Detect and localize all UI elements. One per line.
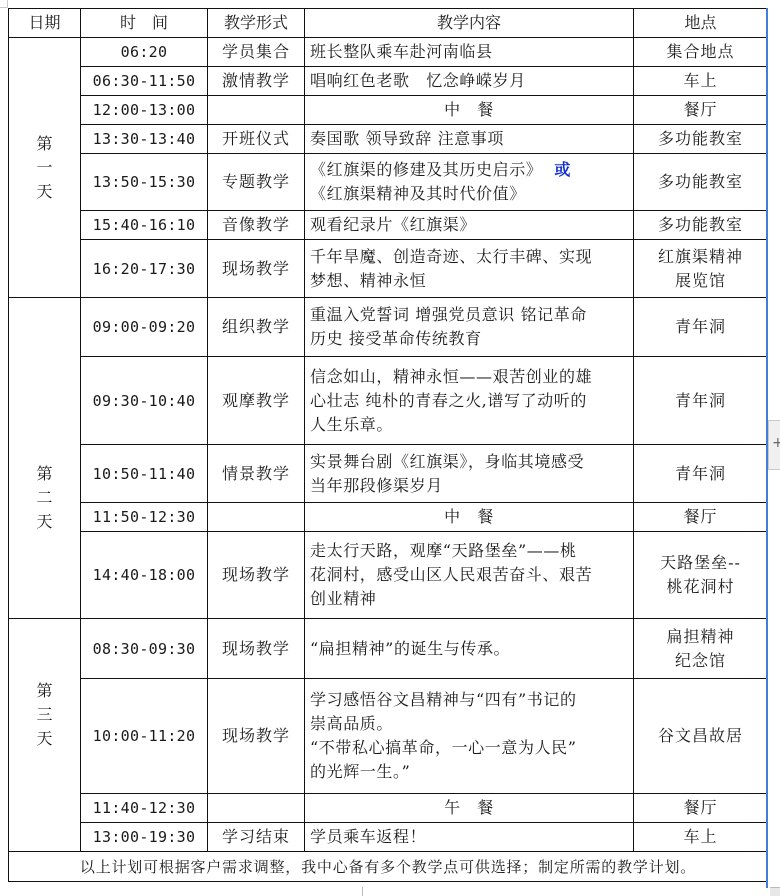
time-cell: 13:30-13:40 [81,125,208,154]
place-line: 红旗渠精神 [639,245,762,269]
time-cell: 11:50-12:30 [81,503,208,532]
content-line: 花洞村，感受山区人民艰苦奋斗、艰苦 [310,563,628,587]
place-cell: 扁担精神 纪念馆 [634,619,768,679]
time-cell: 09:30-10:40 [81,357,208,445]
day-label-char: 第 [14,679,75,703]
time-cell: 13:50-15:30 [81,154,208,211]
time-cell: 10:00-11:20 [81,679,208,794]
place-cell: 红旗渠精神 展览馆 [634,240,768,298]
form-cell: 现场教学 [208,532,305,619]
header-content: 教学内容 [305,9,634,38]
content-cell: “扁担精神”的诞生与传承。 [305,619,634,679]
place-cell: 车上 [634,67,768,96]
day-label-char: 一 [14,156,75,180]
place-cell: 车上 [634,823,768,852]
place-cell: 餐厅 [634,794,768,823]
form-cell [208,96,305,125]
time-cell: 06:20 [81,38,208,67]
header-row: 日期 时 间 教学形式 教学内容 地点 [9,9,768,38]
form-cell: 音像教学 [208,211,305,240]
header-form: 教学形式 [208,9,305,38]
form-cell: 激情教学 [208,67,305,96]
content-cell: 走太行天路，观摩“天路堡垒”——桃 花洞村，感受山区人民艰苦奋斗、艰苦 创业精神 [305,532,634,619]
place-line: 展览馆 [639,269,762,293]
table-row: 11:50-12:30 中 餐 餐厅 [9,503,768,532]
place-cell: 谷文昌故居 [634,679,768,794]
table-row: 10:00-11:20 现场教学 学习感悟谷文昌精神与“四有”书记的 崇高品质。… [9,679,768,794]
form-cell: 组织教学 [208,298,305,357]
content-cell: 学习感悟谷文昌精神与“四有”书记的 崇高品质。 “不带私心搞革命，一心一意为人民… [305,679,634,794]
content-line: 梦想、精神永恒 [310,269,628,293]
table-row: 09:30-10:40 观摩教学 信念如山，精神永恒——艰苦创业的雄 心壮志 纯… [9,357,768,445]
place-cell: 餐厅 [634,503,768,532]
plus-icon: + [772,435,780,451]
place-cell: 多功能教室 [634,154,768,211]
time-cell: 10:50-11:40 [81,445,208,503]
place-cell: 餐厅 [634,96,768,125]
place-cell: 青年洞 [634,298,768,357]
day-label-1: 第 一 天 [9,38,81,298]
content-cell-meal: 午 餐 [305,794,634,823]
content-cell: 千年旱魔、创造奇迹、太行丰碑、实现 梦想、精神永恒 [305,240,634,298]
time-cell: 14:40-18:00 [81,532,208,619]
table-row: 第 三 天 08:30-09:30 现场教学 “扁担精神”的诞生与传承。 扁担精… [9,619,768,679]
day-label-2: 第 二 天 [9,298,81,619]
content-line: 心壮志 纯朴的青春之火,谱写了动听的 [310,389,628,413]
schedule-table: 日期 时 间 教学形式 教学内容 地点 第 一 天 06:20 学员集合 班长整… [8,8,768,882]
form-cell: 现场教学 [208,619,305,679]
table-row: 16:20-17:30 现场教学 千年旱魔、创造奇迹、太行丰碑、实现 梦想、精神… [9,240,768,298]
header-place: 地点 [634,9,768,38]
content-cell: 信念如山，精神永恒——艰苦创业的雄 心壮志 纯朴的青春之火,谱写了动听的 人生乐… [305,357,634,445]
table-row: 10:50-11:40 情景教学 实景舞台剧《红旗渠》，身临其境感受 当年那段修… [9,445,768,503]
place-cell: 青年洞 [634,445,768,503]
time-cell: 15:40-16:10 [81,211,208,240]
time-cell: 16:20-17:30 [81,240,208,298]
content-line: 走太行天路，观摩“天路堡垒”——桃 [310,539,628,563]
day-label-char: 天 [14,727,75,751]
footer-row: 以上计划可根据客户需求调整，我中心备有多个教学点可供选择；制定所需的教学计划。 [9,852,768,882]
content-line: 的光辉一生。” [310,760,628,784]
day-label-char: 天 [14,510,75,534]
content-cell: 实景舞台剧《红旗渠》，身临其境感受 当年那段修渠岁月 [305,445,634,503]
table-row: 13:30-13:40 开班仪式 奏国歌 领导致辞 注意事项 多功能教室 [9,125,768,154]
content-cell: 唱响红色老歌 忆念峥嵘岁月 [305,67,634,96]
content-cell: 《红旗渠的修建及其历史启示》或 《红旗渠精神及其时代价值》 [305,154,634,211]
time-cell: 11:40-12:30 [81,794,208,823]
page-corner-mark [0,0,8,8]
form-cell [208,794,305,823]
content-cell: 班长整队乘车赴河南临县 [305,38,634,67]
content-line: 千年旱魔、创造奇迹、太行丰碑、实现 [310,245,628,269]
place-cell: 集合地点 [634,38,768,67]
table-row: 13:50-15:30 专题教学 《红旗渠的修建及其历史启示》或 《红旗渠精神及… [9,154,768,211]
content-line: 创业精神 [310,587,628,611]
content-cell: 观看纪录片《红旗渠》 [305,211,634,240]
table-row: 15:40-16:10 音像教学 观看纪录片《红旗渠》 多功能教室 [9,211,768,240]
content-line: 重温入党誓词 增强党员意识 铭记革命 [310,303,628,327]
day-label-3: 第 三 天 [9,619,81,852]
place-cell: 天路堡垒-- 桃花洞村 [634,532,768,619]
day-label-char: 天 [14,180,75,204]
footer-note: 以上计划可根据客户需求调整，我中心备有多个教学点可供选择；制定所需的教学计划。 [9,852,768,882]
form-cell: 观摩教学 [208,357,305,445]
content-cell: 奏国歌 领导致辞 注意事项 [305,125,634,154]
content-cell-meal: 中 餐 [305,96,634,125]
day-label-char: 第 [14,462,75,486]
content-line: 学习感悟谷文昌精神与“四有”书记的 [310,688,628,712]
form-cell: 开班仪式 [208,125,305,154]
or-highlight: 或 [554,160,571,179]
form-cell: 现场教学 [208,240,305,298]
table-row: 第 二 天 09:00-09:20 组织教学 重温入党誓词 增强党员意识 铭记革… [9,298,768,357]
place-cell: 多功能教室 [634,125,768,154]
table-row: 12:00-13:00 中 餐 餐厅 [9,96,768,125]
time-cell: 08:30-09:30 [81,619,208,679]
place-line: 扁担精神 [639,625,762,649]
place-cell: 青年洞 [634,357,768,445]
content-line: 《红旗渠精神及其时代价值》 [310,182,628,206]
table-row: 14:40-18:00 现场教学 走太行天路，观摩“天路堡垒”——桃 花洞村，感… [9,532,768,619]
day-label-char: 第 [14,132,75,156]
content-line: 实景舞台剧《红旗渠》，身临其境感受 [310,450,628,474]
time-cell: 09:00-09:20 [81,298,208,357]
form-cell: 情景教学 [208,445,305,503]
time-cell: 12:00-13:00 [81,96,208,125]
header-time: 时 间 [81,9,208,38]
table-row: 第 一 天 06:20 学员集合 班长整队乘车赴河南临县 集合地点 [9,38,768,67]
time-cell: 06:30-11:50 [81,67,208,96]
form-cell: 学员集合 [208,38,305,67]
table-resize-handle[interactable] [770,887,780,896]
header-date: 日期 [9,9,81,38]
table-row: 11:40-12:30 午 餐 餐厅 [9,794,768,823]
content-cell: 重温入党誓词 增强党员意识 铭记革命 历史 接受革命传统教育 [305,298,634,357]
form-cell: 学习结束 [208,823,305,852]
place-cell: 多功能教室 [634,211,768,240]
place-line: 纪念馆 [639,649,762,673]
content-line: “不带私心搞革命，一心一意为人民” [310,736,628,760]
time-cell: 13:00-19:30 [81,823,208,852]
content-cell: 学员乘车返程！ [305,823,634,852]
content-line: 历史 接受革命传统教育 [310,327,628,351]
day-label-char: 二 [14,486,75,510]
day-label-char: 三 [14,703,75,727]
content-line: 信念如山，精神永恒——艰苦创业的雄 [310,365,628,389]
table-row: 06:30-11:50 激情教学 唱响红色老歌 忆念峥嵘岁月 车上 [9,67,768,96]
form-cell [208,503,305,532]
form-cell: 专题教学 [208,154,305,211]
table-row: 13:00-19:30 学习结束 学员乘车返程！ 车上 [9,823,768,852]
content-line: 崇高品质。 [310,712,628,736]
content-line: 当年那段修渠岁月 [310,474,628,498]
content-line: 人生乐章。 [310,413,628,437]
content-cell-meal: 中 餐 [305,503,634,532]
place-line: 桃花洞村 [639,575,762,599]
page-bottom-divider [362,887,375,896]
content-line: 《红旗渠的修建及其历史启示》 [310,160,542,179]
form-cell: 现场教学 [208,679,305,794]
place-line: 天路堡垒-- [639,551,762,575]
table-add-column-handle[interactable]: + [768,420,780,470]
